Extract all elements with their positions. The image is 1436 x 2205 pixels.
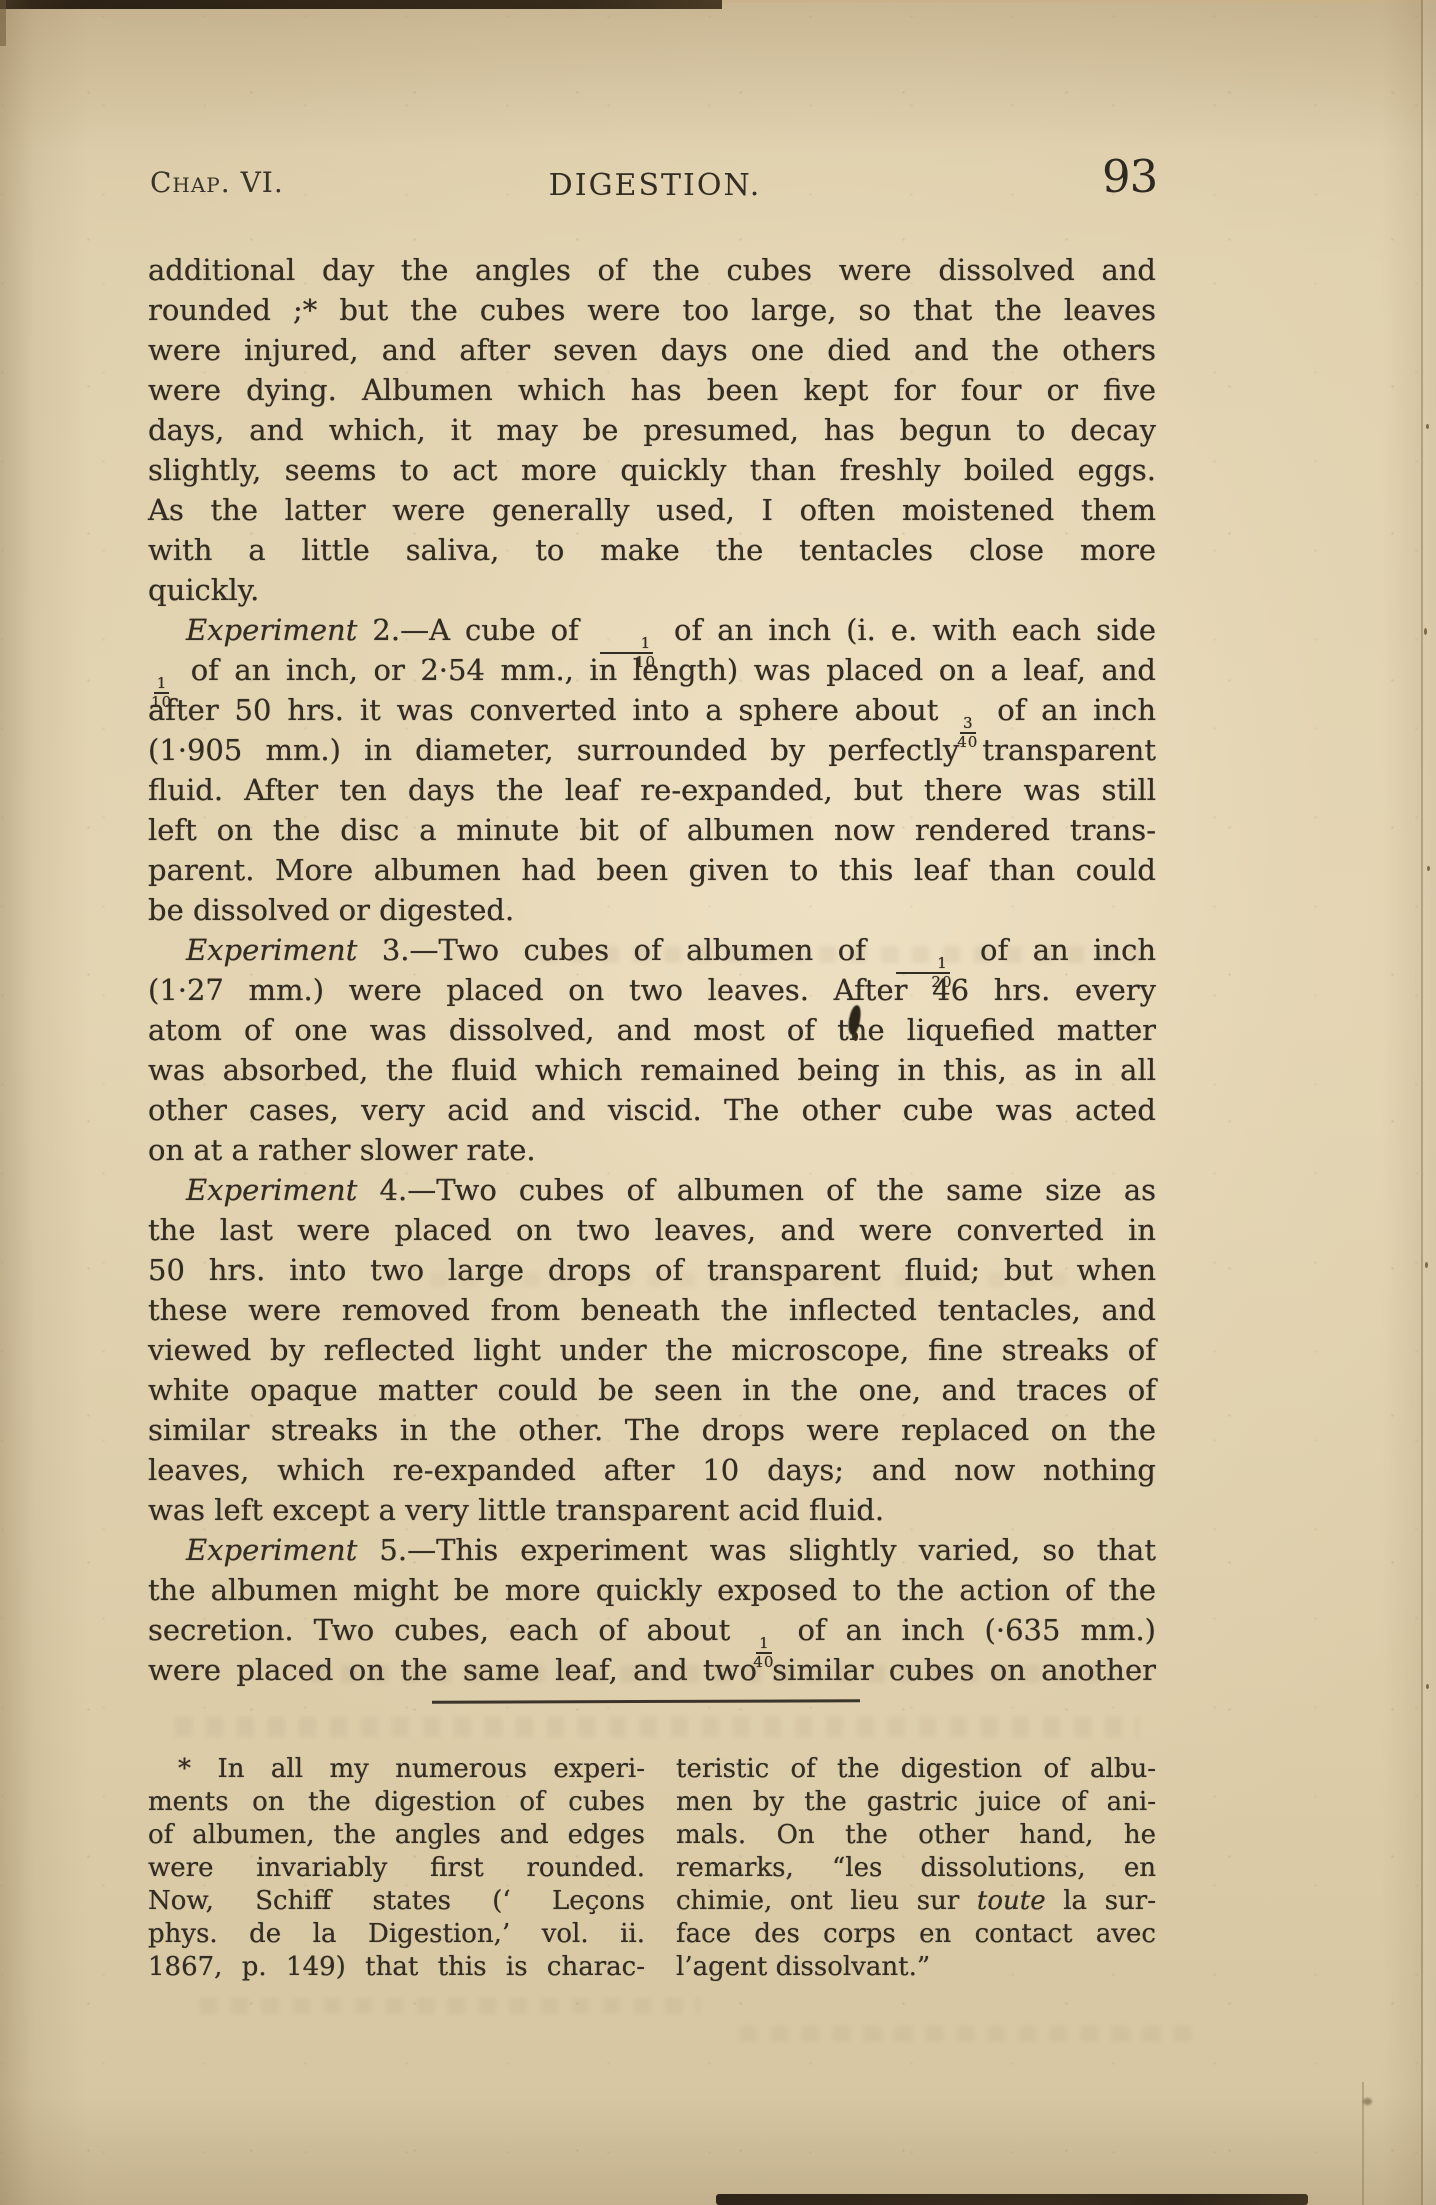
page-number: 93: [1102, 150, 1157, 203]
text-line: phys. de la Digestion,’ vol. ii.: [148, 1918, 645, 1951]
text-line: the albumen might be more quickly expose…: [148, 1570, 1156, 1610]
text-line: days, and which, it may be presumed, has…: [148, 410, 1156, 450]
text-line: parent. More albumen had been given to t…: [148, 850, 1156, 890]
text-line: left on the disc a minute bit of albumen…: [148, 810, 1156, 850]
text-line: Experiment 2.—A cube of 110 of an inch (…: [148, 610, 1156, 650]
main-text-block: additional day the angles of the cubes w…: [148, 250, 1156, 1690]
text-line: Now, Schiff states (‘ Leçons: [148, 1885, 645, 1918]
text-line: fluid. After ten days the leaf re-expand…: [148, 770, 1156, 810]
show-through-text: [175, 1717, 1140, 1737]
scan-smudge: [1363, 2098, 1372, 2105]
edge-speck: [1426, 424, 1429, 429]
text-line: ments on the digestion of cubes: [148, 1786, 645, 1819]
text-line: these were removed from beneath the infl…: [148, 1290, 1156, 1330]
text-line: with a little saliva, to make the tentac…: [148, 530, 1156, 570]
running-head-title: DIGESTION.: [549, 168, 762, 203]
text-line: Experiment 3.—Two cubes of albumen of 12…: [148, 930, 1156, 970]
text-line: were placed on the same leaf, and two si…: [148, 1650, 1156, 1690]
text-line: similar streaks in the other. The drops …: [148, 1410, 1156, 1450]
text-line: other cases, very acid and viscid. The o…: [148, 1090, 1156, 1130]
page-edge-line: [1421, 0, 1423, 2205]
edge-speck: [1427, 866, 1430, 871]
text-line: was left except a very little transparen…: [148, 1490, 1156, 1530]
scan-corner-mark: [0, 0, 6, 46]
text-line: As the latter were generally used, I oft…: [148, 490, 1156, 530]
edge-speck: [1425, 1262, 1428, 1268]
text-line: viewed by reflected light under the micr…: [148, 1330, 1156, 1370]
text-line: were invariably first rounded.: [148, 1852, 645, 1885]
text-line: after 50 hrs. it was converted into a sp…: [148, 690, 1156, 730]
footnote-column-left: * In all my numerous experi-ments on the…: [148, 1753, 645, 1984]
text-line: (1·27 mm.) were placed on two leaves. Af…: [148, 970, 1156, 1010]
text-line: white opaque matter could be seen in the…: [148, 1370, 1156, 1410]
text-line: of albumen, the angles and edges: [148, 1819, 645, 1852]
text-line: 1867, p. 149) that this is charac-: [148, 1951, 645, 1984]
text-line: remarks, “les dissolutions, en: [676, 1852, 1156, 1885]
text-line: were dying. Albumen which has been kept …: [148, 370, 1156, 410]
text-line: was absorbed, the fluid which remained b…: [148, 1050, 1156, 1090]
text-line: Experiment 4.—Two cubes of albumen of th…: [148, 1170, 1156, 1210]
scan-bottom-edge-shadow: [716, 2194, 1308, 2205]
text-line: 110 of an inch, or 2·54 mm., in length) …: [148, 650, 1156, 690]
text-line: atom of one was dissolved, and most of t…: [148, 1010, 1156, 1050]
page-fore-edge: [1423, 0, 1436, 2205]
text-line: (1·905 mm.) in diameter, surrounded by p…: [148, 730, 1156, 770]
text-line: leaves, which re-expanded after 10 days;…: [148, 1450, 1156, 1490]
show-through-text: [200, 1998, 700, 2014]
text-line: were injured, and after seven days one d…: [148, 330, 1156, 370]
running-head-chapter: Chap. VI.: [150, 166, 284, 199]
book-page-scan: Chap. VI. DIGESTION. 93 additional day t…: [0, 0, 1436, 2205]
text-line: quickly.: [148, 570, 1156, 610]
edge-speck: [1424, 628, 1427, 635]
footnote-column-right: teristic of the digestion of albu-men by…: [676, 1753, 1156, 1984]
text-line: the last were placed on two leaves, and …: [148, 1210, 1156, 1250]
text-line: face des corps en contact avec: [676, 1918, 1156, 1951]
text-line: mals. On the other hand, he: [676, 1819, 1156, 1852]
text-line: 50 hrs. into two large drops of transpar…: [148, 1250, 1156, 1290]
text-line: rounded ;* but the cubes were too large,…: [148, 290, 1156, 330]
edge-speck: [1426, 1684, 1429, 1689]
show-through-text: [740, 2026, 1200, 2042]
text-line: be dissolved or digested.: [148, 890, 1156, 930]
text-line: l’agent dissolvant.”: [676, 1951, 1156, 1984]
scan-top-edge-highlight: [722, 0, 1436, 3]
text-line: chimie, ont lieu sur toute la sur-: [676, 1885, 1156, 1918]
footnote-separator-rule: [432, 1699, 860, 1703]
text-line: Experiment 5.—This experiment was slight…: [148, 1530, 1156, 1570]
text-line: * In all my numerous experi-: [148, 1753, 645, 1786]
text-line: additional day the angles of the cubes w…: [148, 250, 1156, 290]
text-line: secretion. Two cubes, each of about 140 …: [148, 1610, 1156, 1650]
scan-top-edge-shadow: [0, 0, 722, 9]
text-line: slightly, seems to act more quickly than…: [148, 450, 1156, 490]
text-line: teristic of the digestion of albu-: [676, 1753, 1156, 1786]
text-line: men by the gastric juice of ani-: [676, 1786, 1156, 1819]
ink-blot: [853, 1032, 858, 1041]
text-line: on at a rather slower rate.: [148, 1130, 1156, 1170]
